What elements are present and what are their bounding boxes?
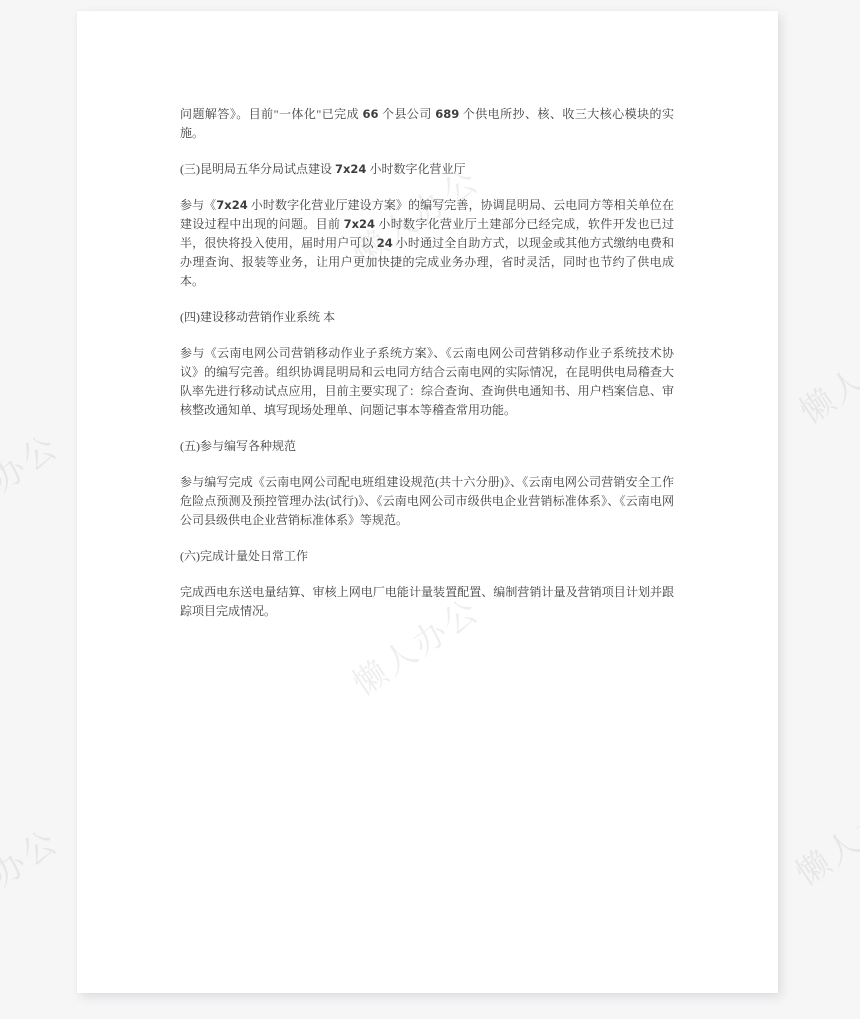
text-run: (四)建设移动营销作业系统 本	[180, 310, 335, 324]
text-run: (六)完成计量处日常工作	[180, 549, 308, 563]
numeric-text-run: 689	[435, 107, 459, 121]
text-run: 参与《云南电网公司营销移动作业子系统方案》、《云南电网公司营销移动作业子系统技术…	[180, 346, 674, 417]
text-run: 个县公司	[379, 107, 436, 121]
text-run: 参与编写完成《云南电网公司配电班组建设规范(共十六分册)》、《云南电网公司营销安…	[180, 475, 674, 527]
app-background: { "page": { "background_color": "#f6f6f7…	[0, 0, 860, 1019]
numeric-text-run: 7x24	[344, 217, 375, 231]
watermark-text: 懒人办公	[0, 816, 67, 935]
paragraph-section-6-body: 完成西电东送电量结算、审核上网电厂电能计量装置配置、编制营销计量及营销项目计划并…	[180, 583, 674, 621]
text-run: 完成西电东送电量结算、审核上网电厂电能计量装置配置、编制营销计量及营销项目计划并…	[180, 585, 674, 618]
numeric-text-run: 24	[377, 236, 393, 250]
document-content: 问题解答》。目前"一体化"已完成 66 个县公司 689 个供电所抄、核、收三大…	[180, 105, 674, 638]
numeric-text-run: 7x24	[216, 198, 247, 212]
paragraph-section-5-body: 参与编写完成《云南电网公司配电班组建设规范(共十六分册)》、《云南电网公司营销安…	[180, 473, 674, 530]
paragraph-section-4-body: 参与《云南电网公司营销移动作业子系统方案》、《云南电网公司营销移动作业子系统技术…	[180, 344, 674, 420]
text-run: 小时数字化营业厅	[366, 162, 465, 176]
document-page: 问题解答》。目前"一体化"已完成 66 个县公司 689 个供电所抄、核、收三大…	[77, 11, 778, 993]
section-heading-4: (四)建设移动营销作业系统 本	[180, 308, 674, 327]
numeric-text-run: 66	[363, 107, 379, 121]
section-heading-6: (六)完成计量处日常工作	[180, 547, 674, 566]
paragraph-continuation: 问题解答》。目前"一体化"已完成 66 个县公司 689 个供电所抄、核、收三大…	[180, 105, 674, 143]
text-run: 参与《	[180, 198, 216, 212]
watermark-text: 懒人办公	[785, 775, 860, 894]
text-run: (三)昆明局五华分局试点建设	[180, 162, 335, 176]
numeric-text-run: 7x24	[335, 162, 366, 176]
paragraph-section-3-body: 参与《7x24 小时数字化营业厅建设方案》的编写完善，协调昆明局、云电同方等相关…	[180, 196, 674, 291]
text-run: 问题解答》。目前"一体化"已完成	[180, 107, 363, 121]
section-heading-5: (五)参与编写各种规范	[180, 437, 674, 456]
section-heading-3: (三)昆明局五华分局试点建设 7x24 小时数字化营业厅	[180, 160, 674, 179]
text-run: (五)参与编写各种规范	[180, 439, 296, 453]
watermark-text: 懒人办公	[0, 421, 67, 540]
watermark-text: 懒人办公	[789, 313, 860, 432]
